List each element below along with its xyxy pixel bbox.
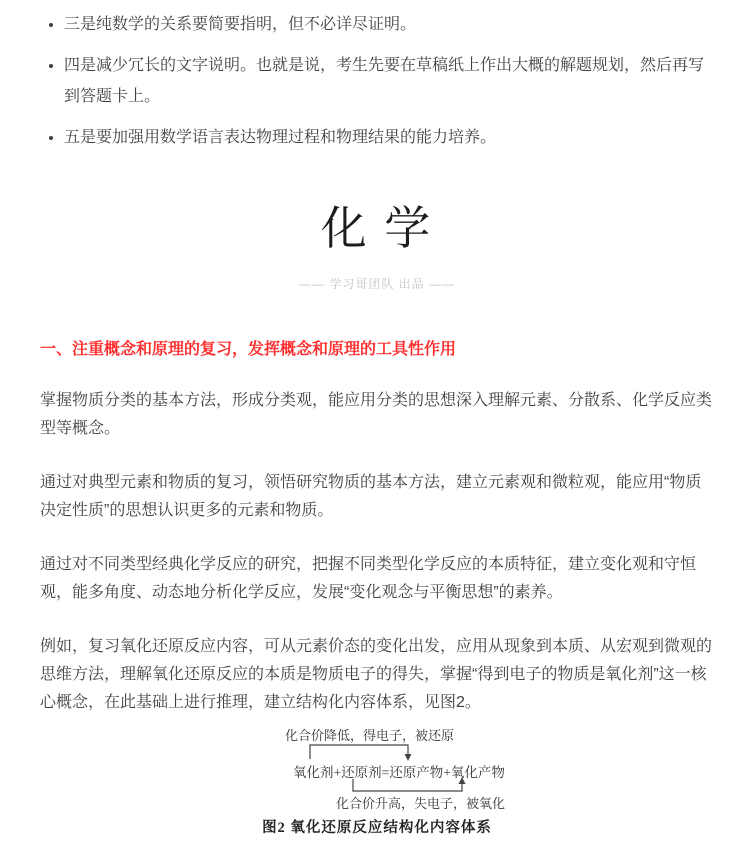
paragraph-4: 例如，复习氧化还原反应内容，可从元素价态的变化出发，应用从现象到本质、从宏观到微…: [40, 633, 714, 717]
figure-caption: 图2 氧化还原反应结构化内容体系: [40, 816, 714, 841]
bullet-item-3: 三是纯数学的关系要简要指明，但不必详尽证明。: [64, 10, 714, 40]
article-page: 三是纯数学的关系要简要指明，但不必详尽证明。 四是减少冗长的文字说明。也就是说，…: [0, 0, 754, 841]
paragraph-3: 通过对不同类型经典化学反应的研究，把握不同类型化学反应的本质特征，建立变化观和守…: [40, 551, 714, 607]
reduction-arrow-line: [310, 745, 408, 759]
bullet-item-4: 四是减少冗长的文字说明。也就是说，考生先要在草稿纸上作出大概的解题规划，然后再写…: [64, 51, 714, 112]
reduction-arrowhead-icon: [405, 754, 412, 761]
figure-diagram: 化合价降低，得电子，被还原 氧化剂+还原剂=还原产物+氧化产物 化合价升高，失电…: [167, 725, 587, 809]
bullet-item-5: 五是要加强用数学语言表达物理过程和物理结果的能力培养。: [64, 123, 714, 153]
figure-bottom-label: 化合价升高，失电子，被氧化: [336, 793, 505, 812]
byline: —— 学习哥团队 出品 ——: [40, 275, 714, 292]
figure-top-label: 化合价降低，得电子，被还原: [285, 725, 454, 744]
page-title: 化 学: [40, 192, 714, 258]
bullet-list: 三是纯数学的关系要简要指明，但不必详尽证明。 四是减少冗长的文字说明。也就是说，…: [40, 10, 714, 154]
figure-2: 化合价降低，得电子，被还原 氧化剂+还原剂=还原产物+氧化产物 化合价升高，失电…: [40, 725, 714, 841]
paragraph-1: 掌握物质分类的基本方法，形成分类观，能应用分类的思想深入理解元素、分散系、化学反…: [40, 387, 714, 443]
section-heading: 一、注重概念和原理的复习，发挥概念和原理的工具性作用: [40, 339, 714, 361]
figure-equation: 氧化剂+还原剂=还原产物+氧化产物: [293, 761, 505, 781]
paragraph-2: 通过对典型元素和物质的复习，领悟研究物质的基本方法，建立元素观和微粒观，能应用“…: [40, 469, 714, 525]
